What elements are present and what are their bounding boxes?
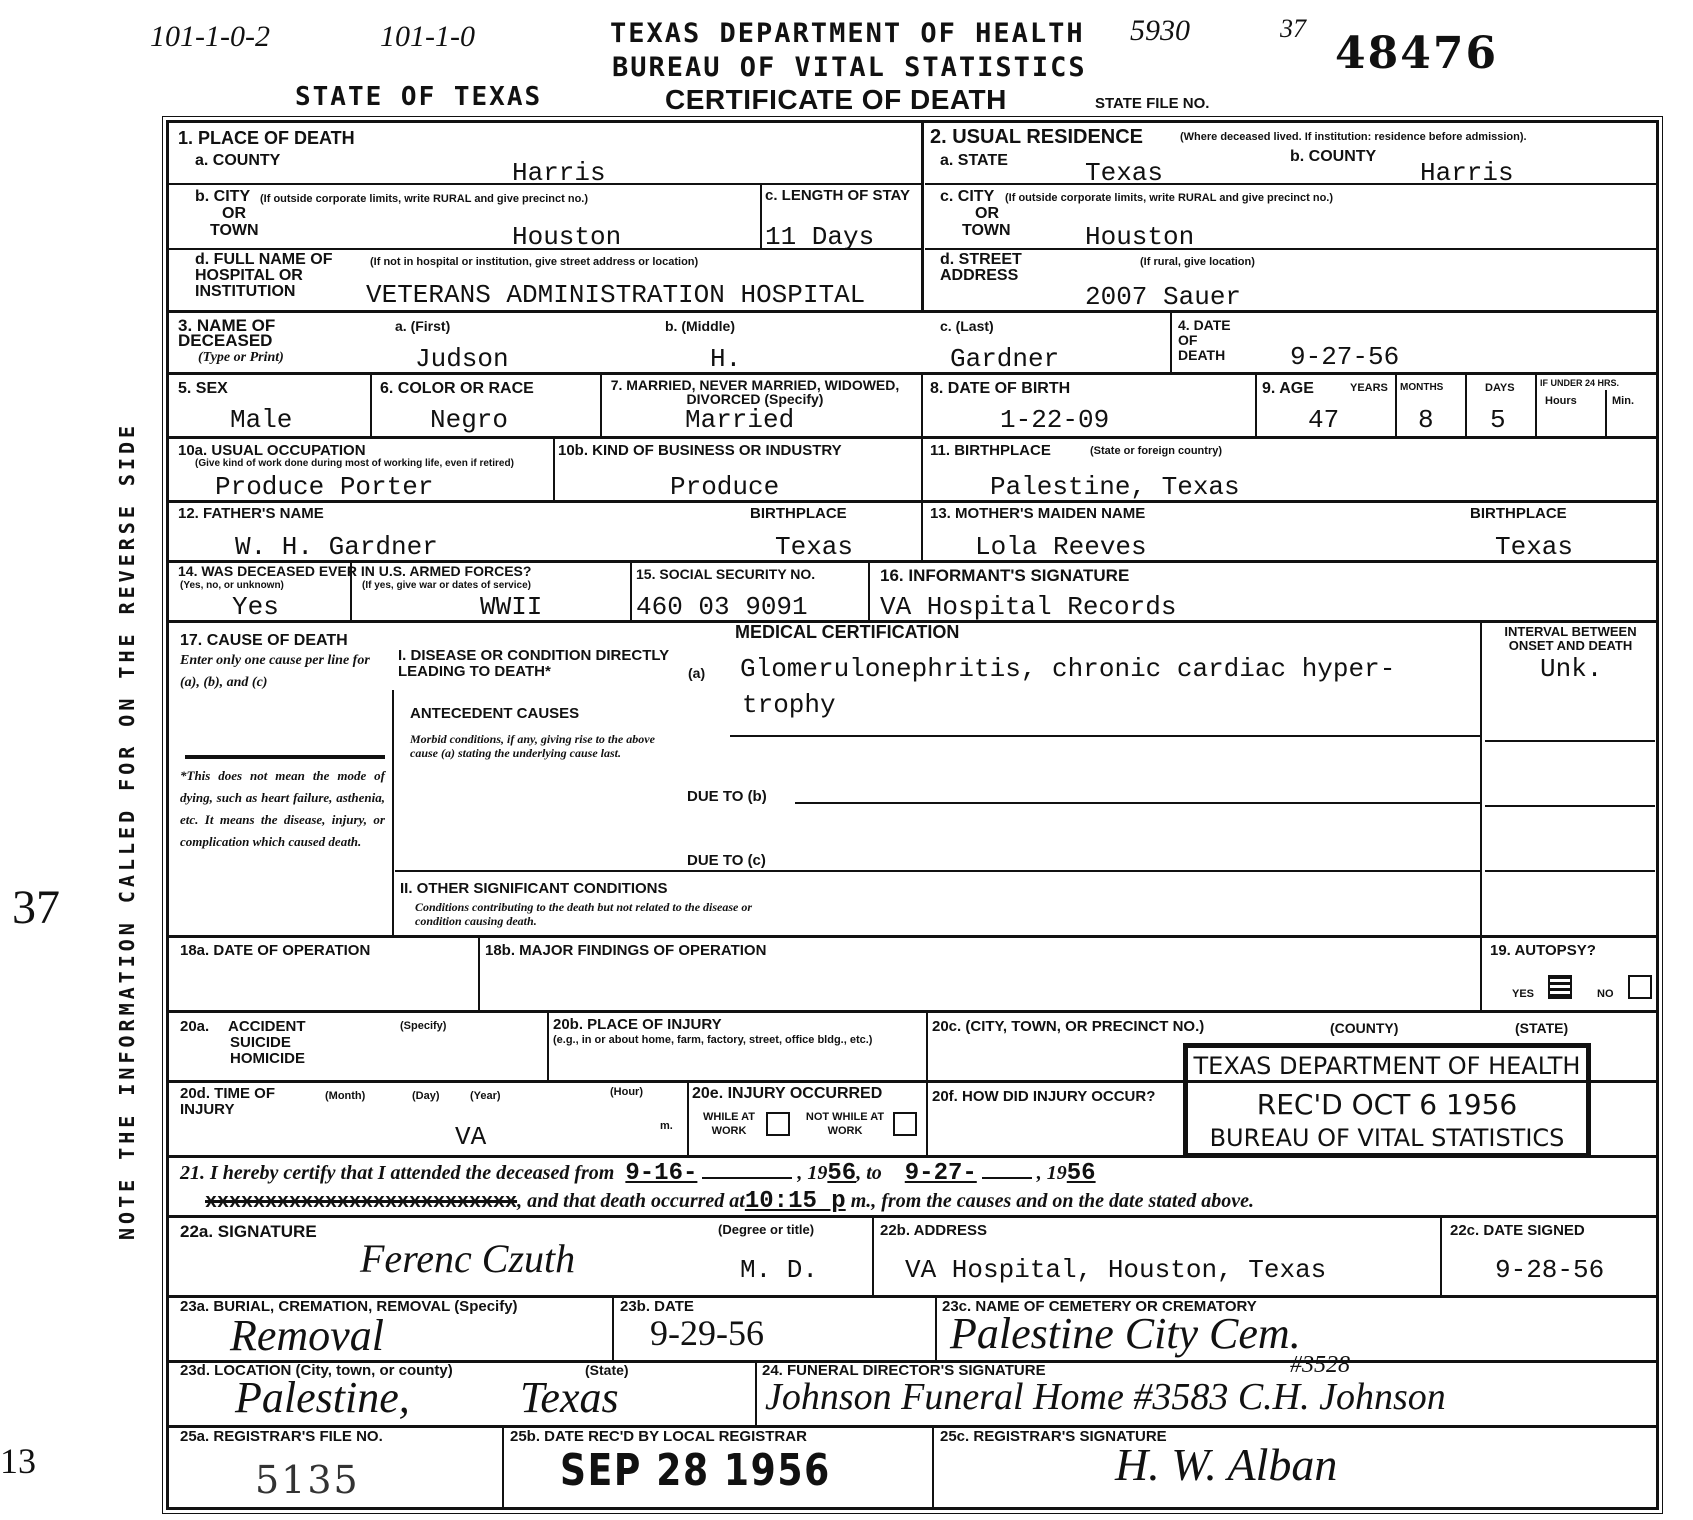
bureau-title: BUREAU OF VITAL STATISTICS — [612, 52, 1087, 83]
injury-county-label: (COUNTY) — [1330, 1020, 1398, 1036]
street-address-label: d. STREET ADDRESS — [940, 252, 1050, 284]
from-date-value: 9-16- — [625, 1160, 697, 1187]
residence-state-value: Texas — [1085, 158, 1163, 188]
morbid-conditions-note: Morbid conditions, if any, giving rise t… — [410, 732, 680, 760]
interval-value: Unk. — [1540, 654, 1602, 684]
injury-state-label: (STATE) — [1515, 1020, 1568, 1036]
mother-value: Lola Reeves — [975, 532, 1147, 562]
to-year-value: 56 — [1067, 1160, 1096, 1187]
year-prefix-2: , 19 — [1037, 1162, 1067, 1184]
cause-a-line1: Glomerulonephritis, chronic cardiac hype… — [740, 654, 1395, 684]
middle-name-value: H. — [710, 344, 741, 374]
length-of-stay-label: c. LENGTH OF STAY — [765, 188, 915, 203]
while-at-work-checkbox[interactable] — [766, 1112, 790, 1136]
business-label: 10b. KIND OF BUSINESS OR INDUSTRY — [558, 442, 842, 459]
father-value: W. H. Gardner — [235, 532, 438, 562]
day-label: (Day) — [412, 1090, 440, 1102]
physician-address-value: VA Hospital, Houston, Texas — [905, 1255, 1326, 1285]
father-birthplace-value: Texas — [775, 532, 853, 562]
date-received-value: SEP 28 1956 — [560, 1445, 831, 1496]
handwritten-code-2: 101-1-0 — [380, 20, 475, 54]
armed-forces-value: Yes — [232, 592, 279, 622]
hours-label: Hours — [1545, 395, 1577, 407]
residence-or-label: OR — [975, 205, 999, 223]
middle-name-label: b. (Middle) — [665, 318, 735, 334]
place-of-injury-note: (e.g., in or about home, farm, factory, … — [553, 1033, 893, 1047]
city-or-label: OR — [222, 205, 246, 223]
race-value: Negro — [430, 405, 508, 435]
city-label: b. CITY — [195, 188, 250, 206]
death-time-value: 10:15 p — [745, 1188, 846, 1215]
usual-residence-label: 2. USUAL RESIDENCE — [930, 126, 1143, 149]
age-days-value: 5 — [1490, 405, 1506, 435]
suicide-label: SUICIDE — [230, 1034, 291, 1051]
name-note: (Type or Print) — [198, 350, 284, 366]
death-county-value: Harris — [512, 158, 606, 188]
accident-label-num: 20a. — [180, 1018, 209, 1035]
county-label: a. COUNTY — [195, 152, 280, 170]
superscript-number: 37 — [1280, 14, 1306, 44]
last-name-value: Gardner — [950, 344, 1059, 374]
hospital-value: VETERANS ADMINISTRATION HOSPITAL — [366, 280, 865, 310]
occupation-note: (Give kind of work done during most of w… — [195, 458, 545, 470]
cemetery-value: Palestine City Cem. — [950, 1308, 1301, 1359]
death-city-value: Houston — [512, 222, 621, 252]
due-to-b-label: DUE TO (b) — [687, 788, 767, 805]
residence-town-label: TOWN — [962, 222, 1011, 240]
cause-instructions: Enter only one cause per line for (a), (… — [180, 650, 380, 694]
to-date-value: 9-27- — [905, 1160, 977, 1187]
father-label: 12. FATHER'S NAME — [178, 505, 324, 522]
autopsy-yes-checkbox[interactable] — [1548, 975, 1572, 999]
signature-label: 22a. SIGNATURE — [180, 1222, 317, 1242]
due-to-c-label: DUE TO (c) — [687, 852, 766, 869]
birthplace-value: Palestine, Texas — [990, 472, 1240, 502]
not-while-at-work-label: NOT WHILE AT WORK — [800, 1110, 890, 1138]
burial-location-state: Texas — [520, 1372, 619, 1423]
length-of-stay-value: 11 Days — [765, 222, 874, 252]
date-of-death-label: 4. DATE OF DEATH — [1178, 318, 1248, 363]
homicide-label: HOMICIDE — [230, 1050, 305, 1067]
hour-label: (Hour) — [610, 1086, 643, 1098]
cause-a-marker: (a) — [688, 665, 705, 681]
stamp-line-1: TEXAS DEPARTMENT OF HEALTH — [1188, 1052, 1586, 1080]
race-label: 6. COLOR OR RACE — [380, 380, 534, 398]
burial-date-value: 9-29-56 — [650, 1312, 764, 1354]
street-address-value: 2007 Sauer — [1085, 282, 1241, 312]
months-label: MONTHS — [1400, 382, 1443, 393]
usual-residence-note: (Where deceased lived. If institution: r… — [1180, 130, 1650, 144]
registrar-file-no-value: 5135 — [255, 1458, 360, 1502]
date-of-death-value: 9-27-56 — [1290, 342, 1399, 372]
physician-address-label: 22b. ADDRESS — [880, 1222, 987, 1239]
date-signed-label: 22c. DATE SIGNED — [1450, 1222, 1585, 1239]
injury-occurred-label: 20e. INJURY OCCURRED — [692, 1085, 882, 1103]
ssn-value: 460 03 9091 — [636, 592, 808, 622]
occupation-value: Produce Porter — [215, 472, 433, 502]
disposition-value: Removal — [230, 1310, 384, 1361]
other-conditions-note: Conditions contributing to the death but… — [415, 900, 795, 928]
last-name-label: c. (Last) — [940, 318, 994, 334]
time-of-injury-value: VA — [455, 1122, 486, 1152]
struck-text: xxxxxxxxxxxxxxxxxxxxxxxxxx — [205, 1191, 517, 1214]
accident-specify: (Specify) — [400, 1020, 446, 1032]
stamped-certificate-number: 48476 — [1335, 28, 1498, 79]
month-label: (Month) — [325, 1090, 365, 1102]
mother-label: 13. MOTHER'S MAIDEN NAME — [930, 505, 1145, 522]
war-note: (If yes, give war or dates of service) — [362, 580, 531, 591]
occupation-label: 10a. USUAL OCCUPATION — [178, 442, 366, 459]
physician-signature: Ferenc Czuth — [360, 1235, 575, 1282]
disease-label: I. DISEASE OR CONDITION DIRECTLY LEADING… — [398, 648, 688, 680]
cause-a-line2: trophy — [742, 690, 836, 720]
first-name-label: a. (First) — [395, 318, 450, 334]
sex-label: 5. SEX — [178, 380, 228, 398]
certificate-title: CERTIFICATE OF DEATH — [665, 84, 1007, 116]
stamp-line-3: BUREAU OF VITAL STATISTICS — [1188, 1124, 1586, 1152]
autopsy-yes-label: YES — [1512, 988, 1534, 1000]
department-title: TEXAS DEPARTMENT OF HEALTH — [610, 18, 1085, 49]
age-years-value: 47 — [1308, 405, 1339, 435]
age-label: 9. AGE — [1262, 380, 1314, 398]
m-label: m. — [660, 1120, 673, 1132]
date-signed-value: 9-28-56 — [1495, 1255, 1604, 1285]
while-at-work-label: WHILE AT WORK — [694, 1110, 764, 1138]
stamp-line-2: REC'D OCT 6 1956 — [1188, 1088, 1586, 1121]
hospital-note: (If not in hospital or institution, give… — [370, 256, 698, 268]
cause-footnote: *This does not mean the mode of dying, s… — [180, 765, 385, 853]
registrar-file-no-label: 25a. REGISTRAR'S FILE NO. — [180, 1428, 383, 1445]
father-birthplace-label: BIRTHPLACE — [750, 505, 847, 522]
ssn-label: 15. SOCIAL SECURITY NO. — [636, 566, 815, 582]
residence-city-value: Houston — [1085, 222, 1194, 252]
operation-findings-label: 18b. MAJOR FINDINGS OF OPERATION — [485, 942, 766, 959]
mother-birthplace-value: Texas — [1495, 532, 1573, 562]
marital-label: 7. MARRIED, NEVER MARRIED, WIDOWED, DIVO… — [610, 378, 900, 406]
mother-birthplace-label: BIRTHPLACE — [1470, 505, 1567, 522]
min-label: Min. — [1612, 395, 1634, 407]
birthplace-note: (State or foreign country) — [1090, 445, 1222, 457]
hospital-label: d. FULL NAME OF HOSPITAL OR INSTITUTION — [195, 252, 365, 300]
to-label: , to — [856, 1162, 882, 1184]
informant-label: 16. INFORMANT'S SIGNATURE — [880, 566, 1129, 586]
first-name-value: Judson — [415, 344, 509, 374]
from-year-value: 56 — [827, 1160, 856, 1187]
certify-prefix: 21. I hereby certify that I attended the… — [180, 1162, 614, 1184]
residence-county-label: b. COUNTY — [1290, 148, 1376, 166]
cause-of-death-label: 17. CAUSE OF DEATH — [180, 632, 348, 650]
residence-city-note: (If outside corporate limits, write RURA… — [1005, 192, 1333, 204]
interval-label: INTERVAL BETWEEN ONSET AND DEATH — [1488, 625, 1653, 653]
state-title: STATE OF TEXAS — [295, 82, 542, 112]
other-conditions-label: II. OTHER SIGNIFICANT CONDITIONS — [400, 880, 668, 897]
year-label: (Year) — [470, 1090, 501, 1102]
margin-handwritten-13: 13 — [0, 1440, 36, 1482]
how-did-injury-occur-label: 20f. HOW DID INJURY OCCUR? — [932, 1088, 1155, 1105]
operation-date-label: 18a. DATE OF OPERATION — [180, 942, 370, 959]
years-label: YEARS — [1350, 382, 1388, 394]
dob-value: 1-22-09 — [1000, 405, 1109, 435]
degree-label: (Degree or title) — [718, 1222, 814, 1237]
business-value: Produce — [670, 472, 779, 502]
name-of-deceased-label: 3. NAME OF DECEASED — [178, 318, 328, 348]
accident-label: ACCIDENT — [228, 1018, 306, 1035]
city-town-label: TOWN — [210, 222, 259, 240]
informant-value: VA Hospital Records — [880, 592, 1176, 622]
death-occurred-text: , and that death occurred at — [517, 1190, 745, 1212]
degree-value: M. D. — [740, 1255, 818, 1285]
armed-forces-label: 14. WAS DECEASED EVER IN U.S. ARMED FORC… — [178, 563, 531, 579]
certify-statement: 21. I hereby certify that I attended the… — [180, 1160, 1096, 1187]
injury-location-label: 20c. (CITY, TOWN, OR PRECINCT NO.) — [932, 1018, 1204, 1035]
medical-certification-title: MEDICAL CERTIFICATION — [735, 622, 959, 643]
date-received-label: 25b. DATE REC'D BY LOCAL REGISTRAR — [510, 1428, 807, 1445]
registrar-signature: H. W. Alban — [1115, 1438, 1337, 1491]
handwritten-code-1: 101-1-0-2 — [150, 20, 270, 54]
autopsy-label: 19. AUTOPSY? — [1490, 942, 1596, 959]
under-24-label: IF UNDER 24 HRS. — [1540, 378, 1619, 388]
days-label: DAYS — [1485, 382, 1515, 394]
state-file-no-label: STATE FILE NO. — [1095, 95, 1209, 112]
autopsy-no-checkbox[interactable] — [1628, 975, 1652, 999]
city-note: (If outside corporate limits, write RURA… — [260, 192, 730, 206]
street-note: (If rural, give location) — [1140, 256, 1255, 268]
armed-forces-note: (Yes, no, or unknown) — [180, 580, 284, 591]
funeral-director-signature: Johnson Funeral Home #3583 C.H. Johnson — [765, 1375, 1446, 1419]
birthplace-label: 11. BIRTHPLACE — [930, 442, 1051, 459]
time-of-injury-label: 20d. TIME OF INJURY — [180, 1086, 290, 1118]
age-months-value: 8 — [1418, 405, 1434, 435]
margin-handwritten-37: 37 — [12, 880, 60, 935]
residence-state-label: a. STATE — [940, 152, 1008, 170]
antecedent-causes-label: ANTECEDENT CAUSES — [410, 705, 579, 722]
not-while-at-work-checkbox[interactable] — [893, 1112, 917, 1136]
funeral-license-superscript: #3528 — [1290, 1352, 1350, 1379]
marital-value: Married — [685, 405, 794, 435]
burial-location-city: Palestine, — [235, 1372, 410, 1423]
death-suffix-text: m., from the causes and on the date stat… — [851, 1190, 1254, 1212]
handwritten-code-right: 5930 — [1130, 14, 1190, 48]
residence-county-value: Harris — [1420, 158, 1514, 188]
war-value: WWII — [480, 592, 542, 622]
place-of-death-label: 1. PLACE OF DEATH — [178, 128, 355, 149]
death-time-statement: xxxxxxxxxxxxxxxxxxxxxxxxxx, and that dea… — [205, 1188, 1254, 1215]
autopsy-no-label: NO — [1597, 988, 1614, 1000]
year-prefix-1: , 19 — [797, 1162, 827, 1184]
dob-label: 8. DATE OF BIRTH — [930, 380, 1070, 398]
place-of-injury-label: 20b. PLACE OF INJURY — [553, 1016, 722, 1033]
reverse-side-note: NOTE THE INFORMATION CALLED FOR ON THE R… — [115, 422, 139, 1240]
sex-value: Male — [230, 405, 292, 435]
residence-city-label: c. CITY — [940, 188, 994, 206]
received-stamp: TEXAS DEPARTMENT OF HEALTH REC'D OCT 6 1… — [1183, 1043, 1591, 1158]
